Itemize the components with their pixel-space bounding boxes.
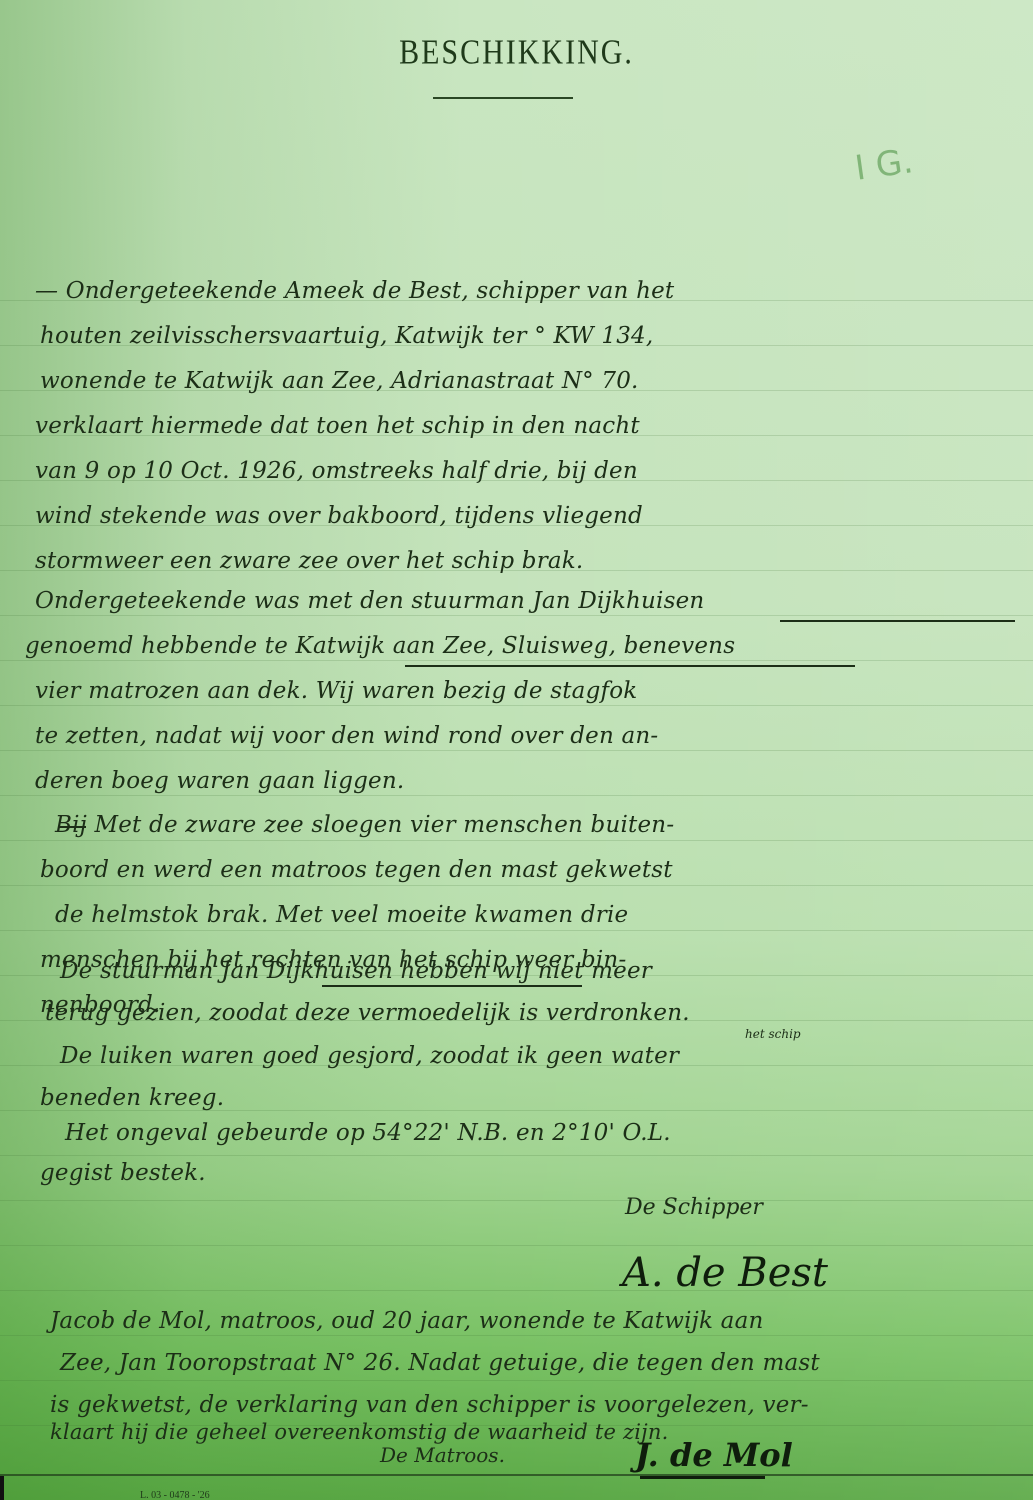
underline-mark: [780, 620, 1015, 622]
text-line: — Ondergeteekende Ameek de Best, schippe…: [35, 278, 1033, 304]
text-line: de helmstok brak. Met veel moeite kwamen…: [55, 902, 1033, 928]
text-line: De luiken waren goed gesjord, zoodat ik …: [60, 1043, 1033, 1069]
text-line: genoemd hebbende te Katwijk aan Zee, Slu…: [25, 633, 1033, 659]
text-line: vier matrozen aan dek. Wij waren bezig d…: [35, 678, 1033, 704]
text-line: terug gezien, zoodat deze vermoedelijk i…: [45, 1000, 1033, 1026]
text-line: Bij Met de zware zee sloegen vier mensch…: [55, 812, 1033, 838]
text-line: van 9 op 10 Oct. 1926, omstreeks half dr…: [35, 458, 1033, 484]
witness-signature: J. de Mol: [635, 1436, 793, 1474]
text-line: Jacob de Mol, matroos, oud 20 jaar, wone…: [50, 1308, 1033, 1334]
text-line: Ondergeteekende was met den stuurman Jan…: [35, 588, 704, 614]
underline-mark: [405, 665, 855, 667]
text-line: gegist bestek.: [40, 1160, 1033, 1186]
strikethrough-mark: [58, 826, 86, 828]
skipper-signature-label: De Schipper: [625, 1195, 763, 1220]
text-line: verklaart hiermede dat toen het schip in…: [35, 413, 1033, 439]
text-line: Het ongeval gebeurde op 54°22' N.B. en 2…: [65, 1120, 1033, 1146]
text-line: boord en werd een matroos tegen den mast…: [40, 857, 1033, 883]
text-line: wonende te Katwijk aan Zee, Adrianastraa…: [40, 368, 1033, 394]
text-line: deren boeg waren gaan liggen.: [35, 768, 1033, 794]
scan-edge: [0, 1476, 4, 1500]
page-bottom-edge: [0, 1474, 1033, 1476]
text-line: stormweer een zware zee over het schip b…: [35, 548, 1033, 574]
text-line: De stuurman Jan Dijkhuisen hebben wij ni…: [60, 958, 1033, 984]
underline-mark: [322, 985, 582, 987]
text-line: klaart hij die geheel overeenkomstig de …: [50, 1420, 1033, 1444]
text-line-with-underline: Ondergeteekende was met den stuurman Jan…: [35, 588, 1033, 614]
title-underline: [433, 97, 573, 99]
text-line: wind stekende was over bakboord, tijdens…: [35, 503, 1033, 529]
interlinear-insertion: het schip: [745, 1027, 801, 1041]
skipper-signature: A. de Best: [622, 1250, 828, 1296]
witness-signature-label: De Matroos.: [380, 1443, 505, 1467]
archive-code: L. 03 - 0478 - '26: [140, 1490, 210, 1500]
text-line: Zee, Jan Tooropstraat N° 26. Nadat getui…: [60, 1350, 1033, 1376]
text-line: is gekwetst, de verklaring van den schip…: [50, 1392, 1033, 1418]
signature-underline: [640, 1476, 765, 1479]
margin-pencil-note: I G.: [852, 141, 915, 189]
document-title: BESCHIKKING.: [0, 33, 1033, 72]
text-line: houten zeilvisschersvaartuig, Katwijk te…: [40, 323, 1033, 349]
text-line: te zetten, nadat wij voor den wind rond …: [35, 723, 1033, 749]
text-line: beneden kreeg.: [40, 1085, 1033, 1111]
